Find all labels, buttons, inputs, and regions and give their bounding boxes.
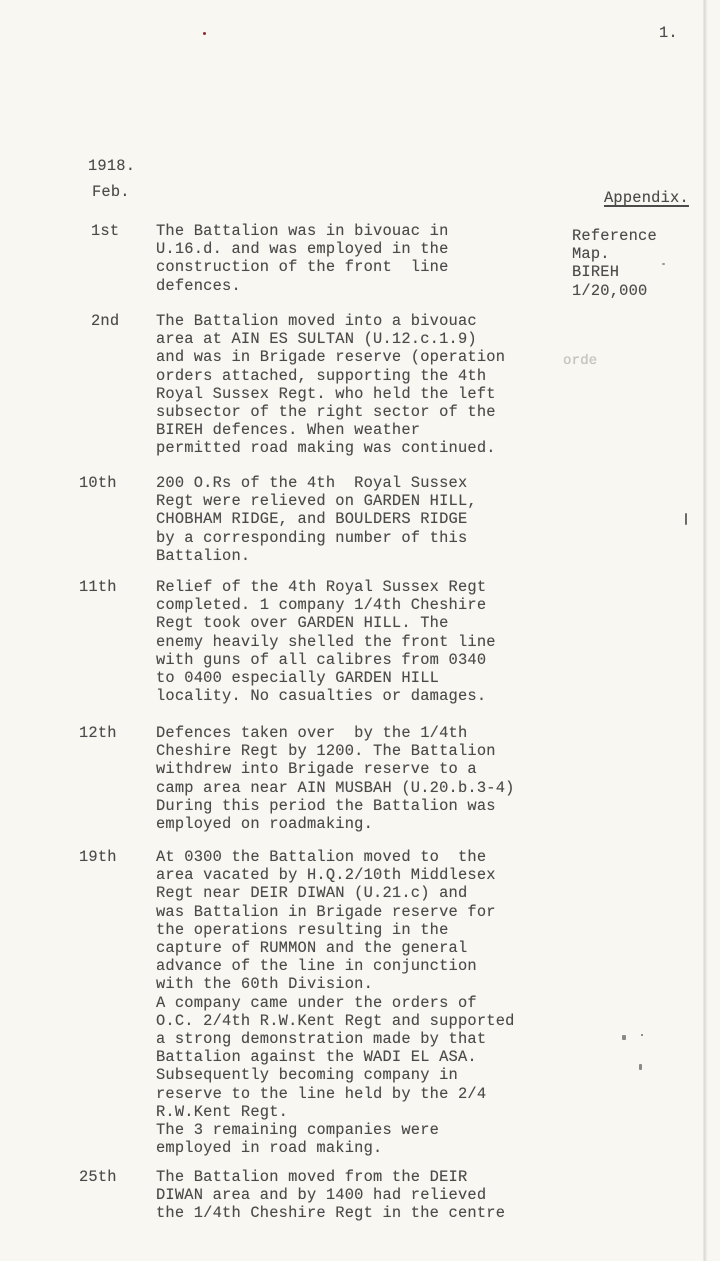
paper-speck <box>685 513 687 525</box>
entry-date: 2nd <box>91 312 161 330</box>
ink-mark <box>203 32 206 35</box>
entry-text: At 0300 the Battalion moved to the area … <box>156 848 515 1157</box>
document-page: 1. 1918. Feb. Appendix. Reference Map. B… <box>0 0 720 1261</box>
entry-date: 11th <box>79 578 149 596</box>
page-number: 1. <box>659 24 678 42</box>
entry-date: 1st <box>91 222 161 240</box>
appendix-heading: Appendix. <box>604 189 689 207</box>
entry-text: Defences taken over by the 1/4th Cheshir… <box>156 724 515 833</box>
paper-speck <box>639 1064 642 1070</box>
entry-date: 10th <box>79 474 149 492</box>
paper-speck <box>662 263 665 265</box>
year-heading: 1918. <box>88 157 135 175</box>
faded-margin-note: orde <box>563 352 597 370</box>
month-heading: Feb. <box>92 183 130 201</box>
entry-text: The Battalion moved from the DEIR DIWAN … <box>156 1168 505 1223</box>
paper-speck <box>641 1034 643 1036</box>
entry-text: The Battalion moved into a bivouac area … <box>156 312 505 458</box>
entry-date: 19th <box>79 848 149 866</box>
appendix-reference-map: Reference Map. BIREH 1/20,000 <box>572 227 657 300</box>
entry-text: 200 O.Rs of the 4th Royal Sussex Regt we… <box>156 474 477 565</box>
paper-speck <box>622 1035 626 1040</box>
entry-text: The Battalion was in bivouac in U.16.d. … <box>156 222 449 295</box>
entry-text: Relief of the 4th Royal Sussex Regt comp… <box>156 578 496 705</box>
entry-date: 12th <box>79 724 149 742</box>
entry-date: 25th <box>79 1168 149 1186</box>
